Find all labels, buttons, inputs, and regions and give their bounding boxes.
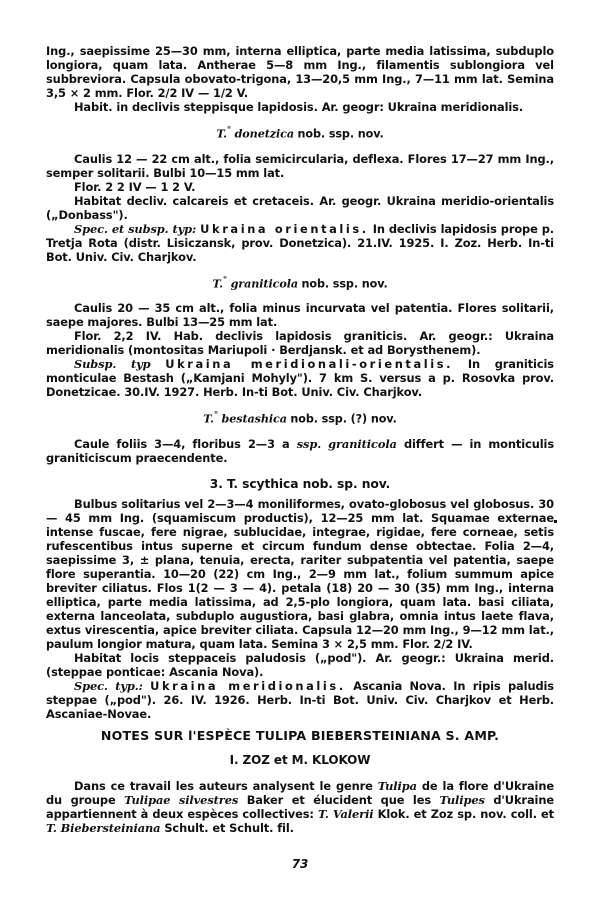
subspecies-heading-graniticola: T." graniticola nob. ssp. nov. — [46, 274, 554, 292]
summary-paragraph: Dans ce travail les auteurs analysent le… — [46, 779, 554, 835]
taxon-name: donetzica — [235, 127, 294, 141]
notes-title: NOTES SUR l'ESPÈCE TULIPA BIEBERSTEINIAN… — [46, 729, 554, 743]
paragraph: Caulis 20 — 35 cm alt., folia minus incu… — [46, 301, 554, 329]
subspecies-heading-donetzica: T." donetzica nob. ssp. nov. — [46, 124, 554, 142]
paragraph: Caule foliis 3—4, floribus 2—3 a ssp. gr… — [46, 437, 554, 465]
paragraph: Caulis 12 — 22 cm alt., folia semicircul… — [46, 152, 554, 180]
taxon-name: bestashica — [222, 412, 287, 426]
paragraph: Flor. 2 2 IV — 1 2 V. — [46, 180, 554, 194]
print-speck — [554, 520, 557, 523]
species-heading-scythica: 3. T. scythica nob. sp. nov. — [46, 477, 554, 491]
notes-authors: I. ZOZ et M. KLOKOW — [46, 753, 554, 767]
taxon-name: graniticola — [231, 276, 298, 290]
type-specimen: Spec. typ.: Ukraina meridionalis. Ascani… — [46, 679, 554, 721]
paragraph: Habitat locis steppaceis paludosis („pod… — [46, 651, 554, 679]
paragraph: Habitat decliv. calcareis et cretaceis. … — [46, 194, 554, 222]
intro-paragraph: Ing., saepissime 25—30 mm, interna ellip… — [46, 44, 554, 100]
paragraph: Flor. 2,2 IV. Hab. declivis lapidosis gr… — [46, 329, 554, 357]
page-number: 73 — [46, 857, 554, 871]
intro-habitat: Habit. in declivis steppisque lapidosis.… — [46, 100, 554, 114]
subspecies-heading-bestashica: T." bestashica nob. ssp. (?) nov. — [46, 409, 554, 427]
paragraph: Bulbus solitarius vel 2—3—4 moniliformes… — [46, 497, 554, 651]
document-page: Ing., saepissime 25—30 mm, interna ellip… — [46, 44, 554, 871]
type-specimen: Spec. et subsp. typ: Ukraina orientalis.… — [46, 222, 554, 264]
type-specimen: Subsp. typ Ukraina meridionali-orientali… — [46, 357, 554, 399]
